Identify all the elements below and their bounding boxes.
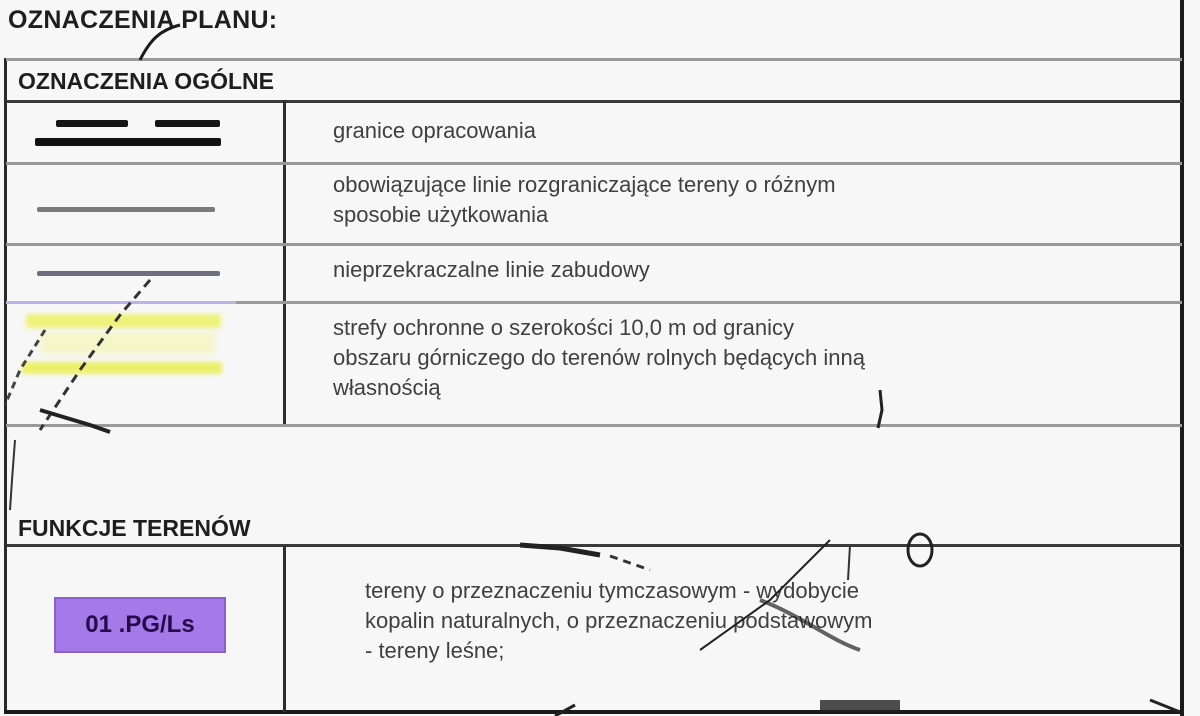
frame-border-right — [1180, 0, 1184, 716]
solid-gray-line-icon — [37, 207, 215, 212]
row-divider — [6, 424, 1182, 427]
section-title-functions: FUNKCJE TERENÓW — [18, 515, 251, 542]
section-header-divider — [6, 100, 1182, 103]
legend-description: granice opracowania — [333, 116, 536, 146]
page-title: OZNACZENIA PLANU: — [8, 6, 277, 35]
section-title-general: OZNACZENIA OGÓLNE — [18, 68, 274, 95]
row-divider — [6, 162, 1182, 165]
zone-badge: 01 .PG/Ls — [54, 597, 226, 653]
legend-description: tereny o przeznaczeniu tymczasowym - wyd… — [365, 576, 873, 666]
row-divider — [6, 243, 1182, 246]
legend-description: obowiązujące linie rozgraniczające teren… — [333, 170, 836, 230]
row-divider — [6, 301, 1182, 304]
column-divider — [283, 546, 286, 712]
solid-gray-blue-line-icon — [37, 271, 220, 276]
column-divider — [283, 100, 286, 426]
frame-border-bottom — [4, 710, 1184, 714]
section-header-divider — [6, 544, 1182, 547]
legend-description: nieprzekraczalne linie zabudowy — [333, 255, 650, 285]
table-border-top — [6, 58, 1182, 61]
frame-border-left — [4, 58, 7, 714]
legend-description: strefy ochronne o szerokości 10,0 m od g… — [333, 313, 865, 403]
